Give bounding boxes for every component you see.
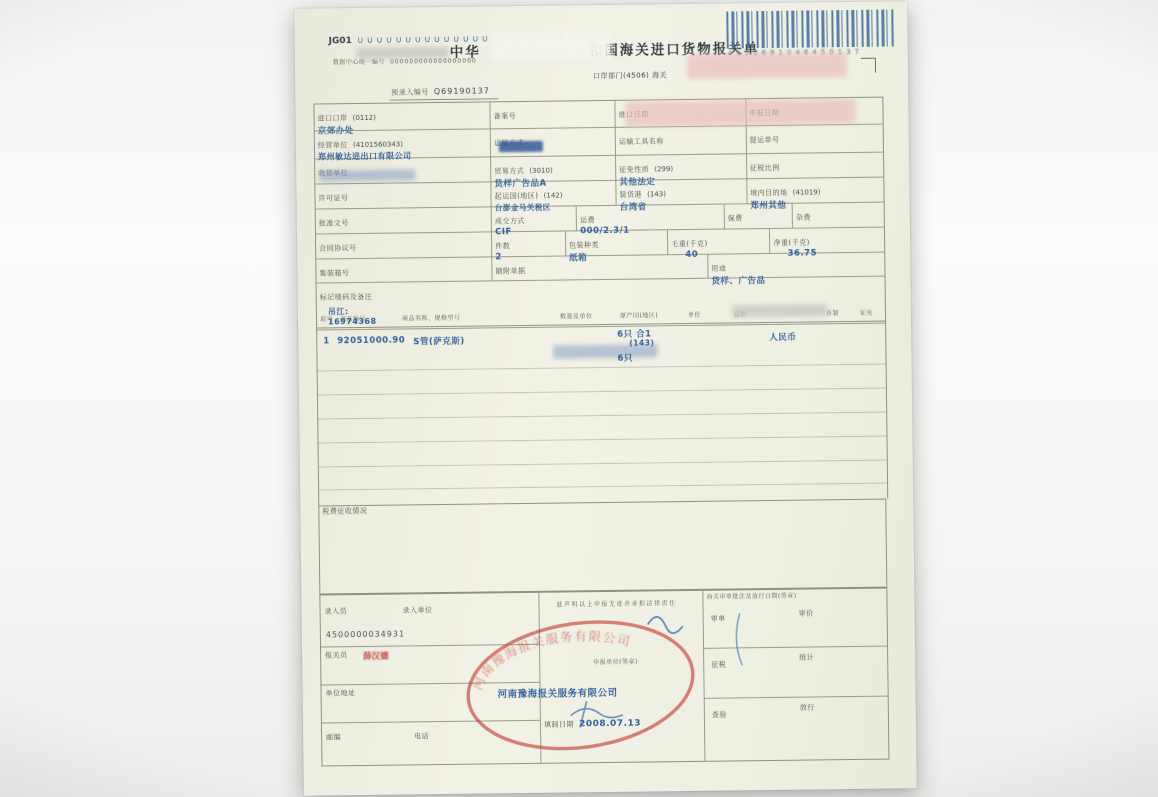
title-left: 中华 (450, 40, 481, 60)
entry-clerk-label: 录入员 (325, 608, 348, 616)
field-transport-mode: 运输方式 (491, 128, 616, 157)
field-freight: 运费 000/2.3/1 (577, 205, 725, 231)
redaction-dates (625, 99, 855, 127)
field-license-no: 许可证号 (315, 182, 491, 208)
preentry-line: 预录入编号 Q69190137 (389, 78, 498, 100)
field-trade-mode: 贸易方式 (3010) 货样广告品A (491, 156, 616, 182)
review-cell-statistics: 统计 (799, 654, 814, 662)
entry-number: 4500000034931 (326, 629, 405, 639)
col-commodity-code: 商品编号 (340, 313, 402, 323)
goods-empty-row-line (318, 388, 886, 396)
field-packages: 件数 2 (492, 231, 566, 256)
preentry-number: Q69190137 (434, 86, 490, 96)
origin-country-code: (142) (544, 192, 563, 200)
field-record-no: 备案号 (490, 101, 615, 129)
field-levy-nature: 征免性质 (299) 其他法定 (616, 154, 747, 180)
contract-no-label: 合同协议号 (319, 244, 357, 252)
address-label: 单位地址 (326, 690, 356, 698)
license-no-label: 许可证号 (318, 194, 348, 202)
loading-port-code: (143) (647, 190, 666, 198)
usage-label: 用途 (711, 265, 726, 273)
insurance-label: 保费 (728, 214, 743, 222)
goods-empty-row-line (319, 460, 887, 468)
field-package-type: 包装种类 纸箱 (566, 230, 669, 255)
field-origin-country: 起运国(地区) (142) 台澎金马关税区 (491, 181, 616, 207)
field-contract-no: 合同协议号 (316, 232, 492, 258)
preentry-label: 预录入编号 (391, 88, 429, 96)
barcode (726, 9, 894, 48)
col-currency: 币制 (826, 308, 860, 317)
field-consignee: 收货单位 (315, 157, 491, 183)
import-port-label: 进口口岸 (318, 114, 348, 122)
attached-docs-label: 随附单据 (495, 267, 525, 275)
col-origin-country: 原产国(地区) (620, 310, 688, 320)
review-cell-valuation: 审价 (799, 610, 814, 618)
redaction-customs-number (687, 52, 847, 79)
zip-label: 邮编 (326, 734, 341, 742)
col-unit-price: 单价 (688, 309, 734, 319)
import-port-code: (0112) (353, 114, 376, 122)
goods-item-no: 1 (323, 336, 330, 346)
col-commodity-name: 商品名称、规格型号 (402, 312, 560, 323)
tax-ratio-label: 征税比例 (750, 164, 780, 172)
levy-nature-label: 征免性质 (619, 165, 649, 173)
goods-commodity-code: 92051000.90 (337, 335, 405, 346)
tax-collection-box: 税费征收情况 (318, 499, 887, 596)
goods-quantity-2: 6只 (617, 352, 633, 364)
title-blur-patch (491, 31, 611, 60)
gross-weight-label: 毛重(千克) (671, 240, 708, 248)
net-weight-label: 净重(千克) (773, 238, 810, 246)
goods-empty-row-line (319, 436, 887, 444)
field-tax-ratio: 征税比例 (747, 153, 884, 179)
field-gross-weight: 毛重(千克) 40 (668, 229, 771, 254)
field-operating-unit: 经营单位 (4101560343) 郑州敏达进出口有限公司 (315, 129, 491, 158)
corner-registration-mark (861, 58, 876, 73)
broker-name-signature: 薛汉德 (363, 650, 389, 662)
field-approval-no: 批准文号 (316, 207, 492, 233)
domestic-destination-code: (41019) (793, 188, 821, 196)
declaration-field-grid: 进口口岸 (0112) 京郊办处 备案号 进口日期 申报日期 经营单位 (410… (313, 97, 886, 329)
phone-label: 电话 (414, 733, 429, 741)
redaction-transport-mode (499, 141, 543, 153)
goods-table: 项号 商品编号 商品名称、规格型号 数量及单位 原产国(地区) 单价 总价 币制… (316, 308, 888, 506)
trade-mode-code: (3010) (529, 167, 552, 175)
redaction-goods-header (732, 304, 827, 317)
field-misc-fees: 杂费 (793, 203, 884, 228)
marks-remarks-label: 标记唛码及备注 (320, 293, 373, 302)
photo-background: { "header": { "jg_code": "JG01", "serial… (0, 0, 1158, 797)
transaction-mode-label: 成交方式 (495, 217, 525, 225)
goods-empty-row-line (319, 483, 887, 491)
field-bill-no: 提运单号 (746, 125, 883, 154)
freight-label: 运费 (580, 216, 595, 224)
operating-unit-code: (4101560343) (353, 140, 403, 149)
packages-label: 件数 (495, 242, 510, 250)
record-no-label: 备案号 (494, 112, 517, 120)
package-type-label: 包装种类 (569, 241, 599, 249)
field-attached-docs: 随附单据 (492, 255, 708, 281)
goods-origin-code: (143) (629, 338, 654, 347)
tax-collection-label: 税费征收情况 (322, 508, 367, 516)
approval-no-label: 批准文号 (319, 219, 349, 227)
loading-port-label: 装货港 (619, 191, 642, 199)
broker-label: 报关员 (325, 652, 348, 660)
goods-commodity-name: S管(萨克斯) (413, 335, 465, 348)
form-type-code: JG01 (329, 36, 352, 46)
field-transport-name: 运输工具名称 (616, 126, 747, 155)
goods-empty-row-line (318, 364, 886, 372)
field-container-no: 集装箱号 (316, 257, 492, 282)
customs-number-text: 口岸部门(4506) 海关 (593, 71, 667, 80)
goods-empty-row-line (318, 412, 886, 420)
field-domestic-destination: 境内目的地 (41019) 郑州其他 (747, 178, 884, 204)
col-item-no: 项号 (317, 314, 340, 323)
field-transaction-mode: 成交方式 CIF (492, 206, 577, 231)
field-insurance: 保费 (725, 204, 793, 229)
field-usage: 用途 货样、广告品 (708, 253, 884, 278)
goods-currency: 人民币 (769, 331, 796, 343)
field-import-port: 进口口岸 (0112) 京郊办处 (314, 102, 490, 130)
customs-number-line: 口岸部门(4506) 海关 (593, 62, 667, 82)
transport-name-label: 运输工具名称 (619, 137, 664, 146)
redaction-datacenter (357, 47, 449, 59)
col-quantity-unit: 数量及单位 (560, 311, 620, 321)
handwritten-marks (452, 601, 764, 765)
domestic-destination-label: 境内目的地 (750, 189, 788, 197)
origin-country-label: 起运国(地区) (495, 192, 539, 201)
trade-mode-label: 贸易方式 (494, 167, 524, 175)
customs-review-title: 海关审单批注及放行日期(签章) (706, 591, 796, 601)
col-levy-exempt: 征免 (860, 308, 884, 317)
misc-fees-label: 杂费 (796, 213, 811, 221)
review-cell-release: 放行 (800, 704, 815, 712)
field-net-weight: 净重(千克) 36.75 (770, 228, 884, 253)
levy-nature-code: (299) (654, 165, 673, 173)
customs-declaration-form: JG01 ∪∪∪∪∪∪∪∪∪∪∪∪∪∪ ∪ ∪ ∪ ∪ ∪ 数据中心统一编号 0… (294, 1, 917, 795)
entry-unit-label: 录入单位 (403, 607, 433, 615)
field-loading-port: 装货港 (143) 台湾省 (616, 179, 747, 205)
datacenter-label: 数据中心统一编号 (333, 59, 385, 67)
operating-unit-label: 经营单位 (318, 141, 348, 149)
bill-no-label: 提运单号 (749, 136, 779, 144)
redaction-consignee (319, 169, 415, 181)
container-no-label: 集装箱号 (319, 269, 349, 277)
